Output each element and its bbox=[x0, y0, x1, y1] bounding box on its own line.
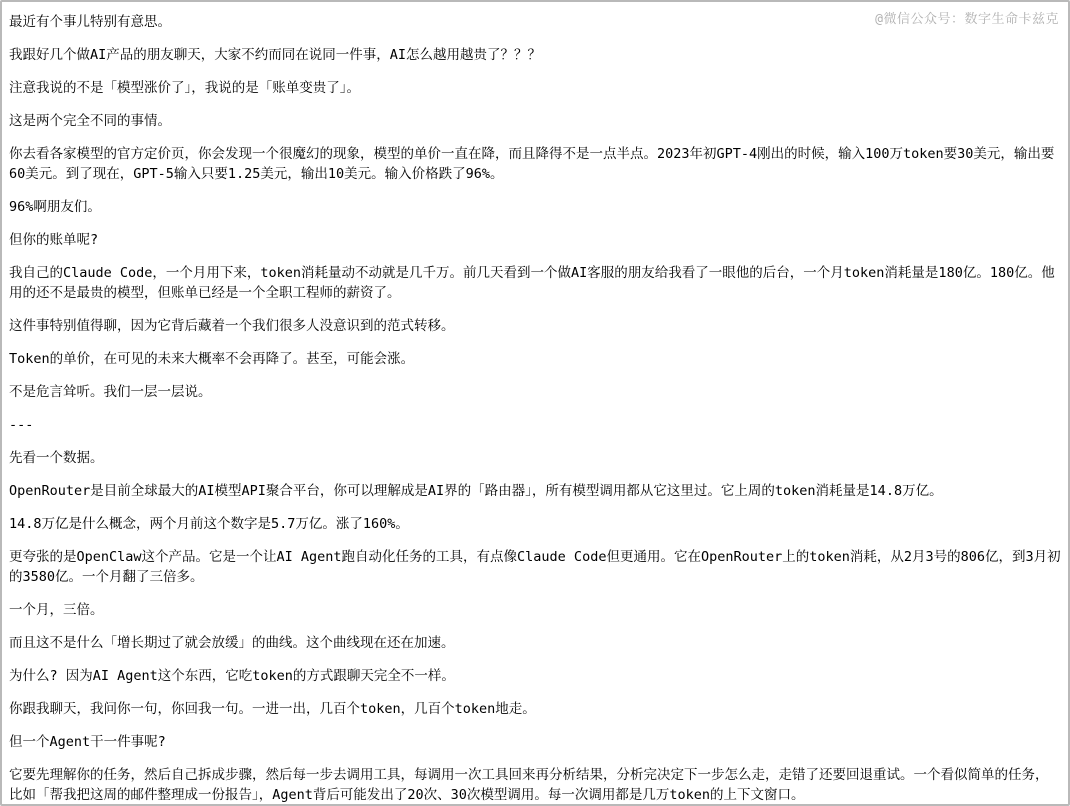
paragraph: 我跟好几个做AI产品的朋友聊天，大家不约而同在说同一件事，AI怎么越用越贵了？？… bbox=[9, 45, 1061, 65]
paragraph: 先看一个数据。 bbox=[9, 448, 1061, 468]
paragraph: 最近有个事儿特别有意思。 bbox=[9, 12, 1061, 32]
paragraph: 一个月，三倍。 bbox=[9, 600, 1061, 620]
divider-text: --- bbox=[9, 415, 1061, 435]
paragraph: 你跟我聊天，我问你一句，你回我一句。一进一出，几百个token，几百个token… bbox=[9, 699, 1061, 719]
paragraph: OpenRouter是目前全球最大的AI模型API聚合平台，你可以理解成是AI界… bbox=[9, 481, 1061, 501]
paragraph: Token的单价，在可见的未来大概率不会再降了。甚至，可能会涨。 bbox=[9, 349, 1061, 369]
paragraph: 这是两个完全不同的事情。 bbox=[9, 111, 1061, 131]
paragraph: 它要先理解你的任务，然后自己拆成步骤，然后每一步去调用工具，每调用一次工具回来再… bbox=[9, 765, 1061, 805]
article-body: 最近有个事儿特别有意思。 我跟好几个做AI产品的朋友聊天，大家不约而同在说同一件… bbox=[9, 12, 1061, 805]
paragraph: 而且这不是什么「增长期过了就会放缓」的曲线。这个曲线现在还在加速。 bbox=[9, 633, 1061, 653]
paragraph: 更夸张的是OpenClaw这个产品。它是一个让AI Agent跑自动化任务的工具… bbox=[9, 547, 1061, 587]
paragraph: 你去看各家模型的官方定价页，你会发现一个很魔幻的现象，模型的单价一直在降，而且降… bbox=[9, 144, 1061, 184]
article-page: @微信公众号：数字生命卡兹克 最近有个事儿特别有意思。 我跟好几个做AI产品的朋… bbox=[0, 0, 1070, 806]
paragraph: 注意我说的不是「模型涨价了」，我说的是「账单变贵了」。 bbox=[9, 78, 1061, 98]
paragraph: 96%啊朋友们。 bbox=[9, 197, 1061, 217]
paragraph: 但你的账单呢? bbox=[9, 230, 1061, 250]
paragraph: 这件事特别值得聊，因为它背后藏着一个我们很多人没意识到的范式转移。 bbox=[9, 316, 1061, 336]
paragraph: 我自己的Claude Code，一个月用下来，token消耗量动不动就是几千万。… bbox=[9, 263, 1061, 303]
paragraph: 不是危言耸听。我们一层一层说。 bbox=[9, 382, 1061, 402]
paragraph: 14.8万亿是什么概念，两个月前这个数字是5.7万亿。涨了160%。 bbox=[9, 514, 1061, 534]
paragraph: 为什么? 因为AI Agent这个东西，它吃token的方式跟聊天完全不一样。 bbox=[9, 666, 1061, 686]
paragraph: 但一个Agent干一件事呢? bbox=[9, 732, 1061, 752]
